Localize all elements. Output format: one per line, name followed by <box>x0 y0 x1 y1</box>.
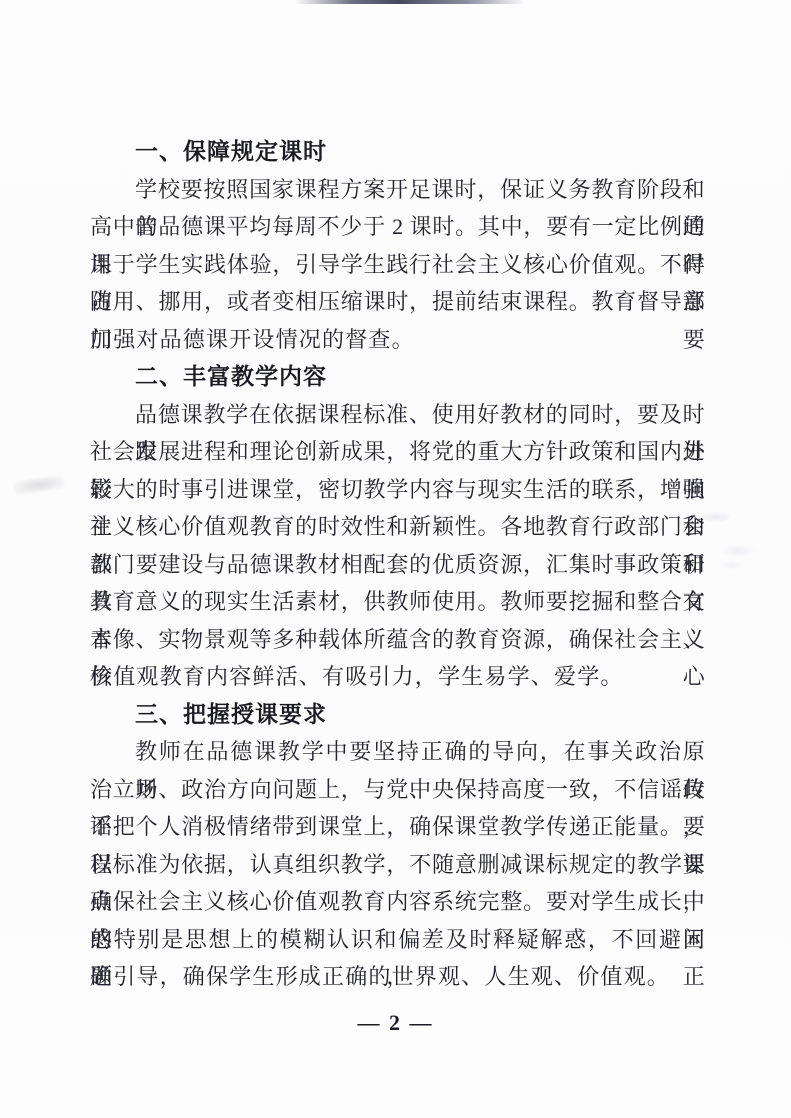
paragraph-line: 教师在品德课教学中要坚持正确的导向，在事关政治原则、政 <box>90 733 705 771</box>
paragraph-line: 程标准为依据，认真组织教学，不随意删减课标规定的教学要点， <box>90 846 705 884</box>
scan-smudge-right <box>698 505 770 577</box>
page-number: — 2 — <box>0 1010 791 1036</box>
paragraph-line: 部门要建设与品德课教材相配套的优质资源，汇集时事政策和具有 <box>90 546 705 584</box>
paragraph-line: 学校要按照国家课程方案开足课时，保证义务教育阶段和普通 <box>90 171 705 209</box>
document-body: 一、保障规定课时学校要按照国家课程方案开足课时，保证义务教育阶段和普通高中的品德… <box>90 133 705 996</box>
section-heading: 二、丰富教学内容 <box>90 358 705 396</box>
paragraph-line: 教育意义的现实生活素材，供教师使用。教师要挖掘和整合文本、 <box>90 583 705 621</box>
paragraph-line: 不把个人消极情绪带到课堂上，确保课堂教学传递正能量。要以课 <box>90 808 705 846</box>
paragraph-line: 音像、实物景观等多种载体所蕴含的教育资源，确保社会主义核心 <box>90 621 705 659</box>
paragraph-line: 用于学生实践体验，引导学生践行社会主义核心价值观。不得随意 <box>90 246 705 284</box>
paragraph-line: 确保社会主义核心价值观教育内容系统完整。要对学生成长中的困 <box>90 883 705 921</box>
section-heading: 三、把握授课要求 <box>90 696 705 734</box>
paragraph-line: 主义核心价值观教育的时效性和新颖性。各地教育行政部门和教研 <box>90 508 705 546</box>
paragraph-line: 治立场、政治方向问题上，与党中央保持高度一致，不信谣传谣， <box>90 771 705 809</box>
paragraph-line: 社会发展进程和理论创新成果，将党的重大方针政策和国内外影响 <box>90 433 705 471</box>
paragraph-line: 较大的时事引进课堂，密切教学内容与现实生活的联系，增强社会 <box>90 471 705 509</box>
scanner-edge-artifact <box>295 0 525 4</box>
paragraph-line: 惑特别是思想上的模糊认识和偏差及时释疑解惑，不回避问题，正 <box>90 921 705 959</box>
paragraph-line: 价值观教育内容鲜活、有吸引力，学生易学、爱学。 <box>90 658 705 696</box>
paragraph-line: 品德课教学在依据课程标准、使用好教材的同时，要及时跟进 <box>90 396 705 434</box>
document-page: 一、保障规定课时学校要按照国家课程方案开足课时，保证义务教育阶段和普通高中的品德… <box>0 0 791 1118</box>
paragraph-line: 高中的品德课平均每周不少于 2 课时。其中，要有一定比例的课时 <box>90 208 705 246</box>
paragraph-line: 确引导，确保学生形成正确的世界观、人生观、价值观。 <box>90 958 705 996</box>
scan-smudge-left <box>13 475 64 496</box>
paragraph-line: 占用、挪用，或者变相压缩课时，提前结束课程。教育督导部门要 <box>90 283 705 321</box>
section-heading: 一、保障规定课时 <box>90 133 705 171</box>
